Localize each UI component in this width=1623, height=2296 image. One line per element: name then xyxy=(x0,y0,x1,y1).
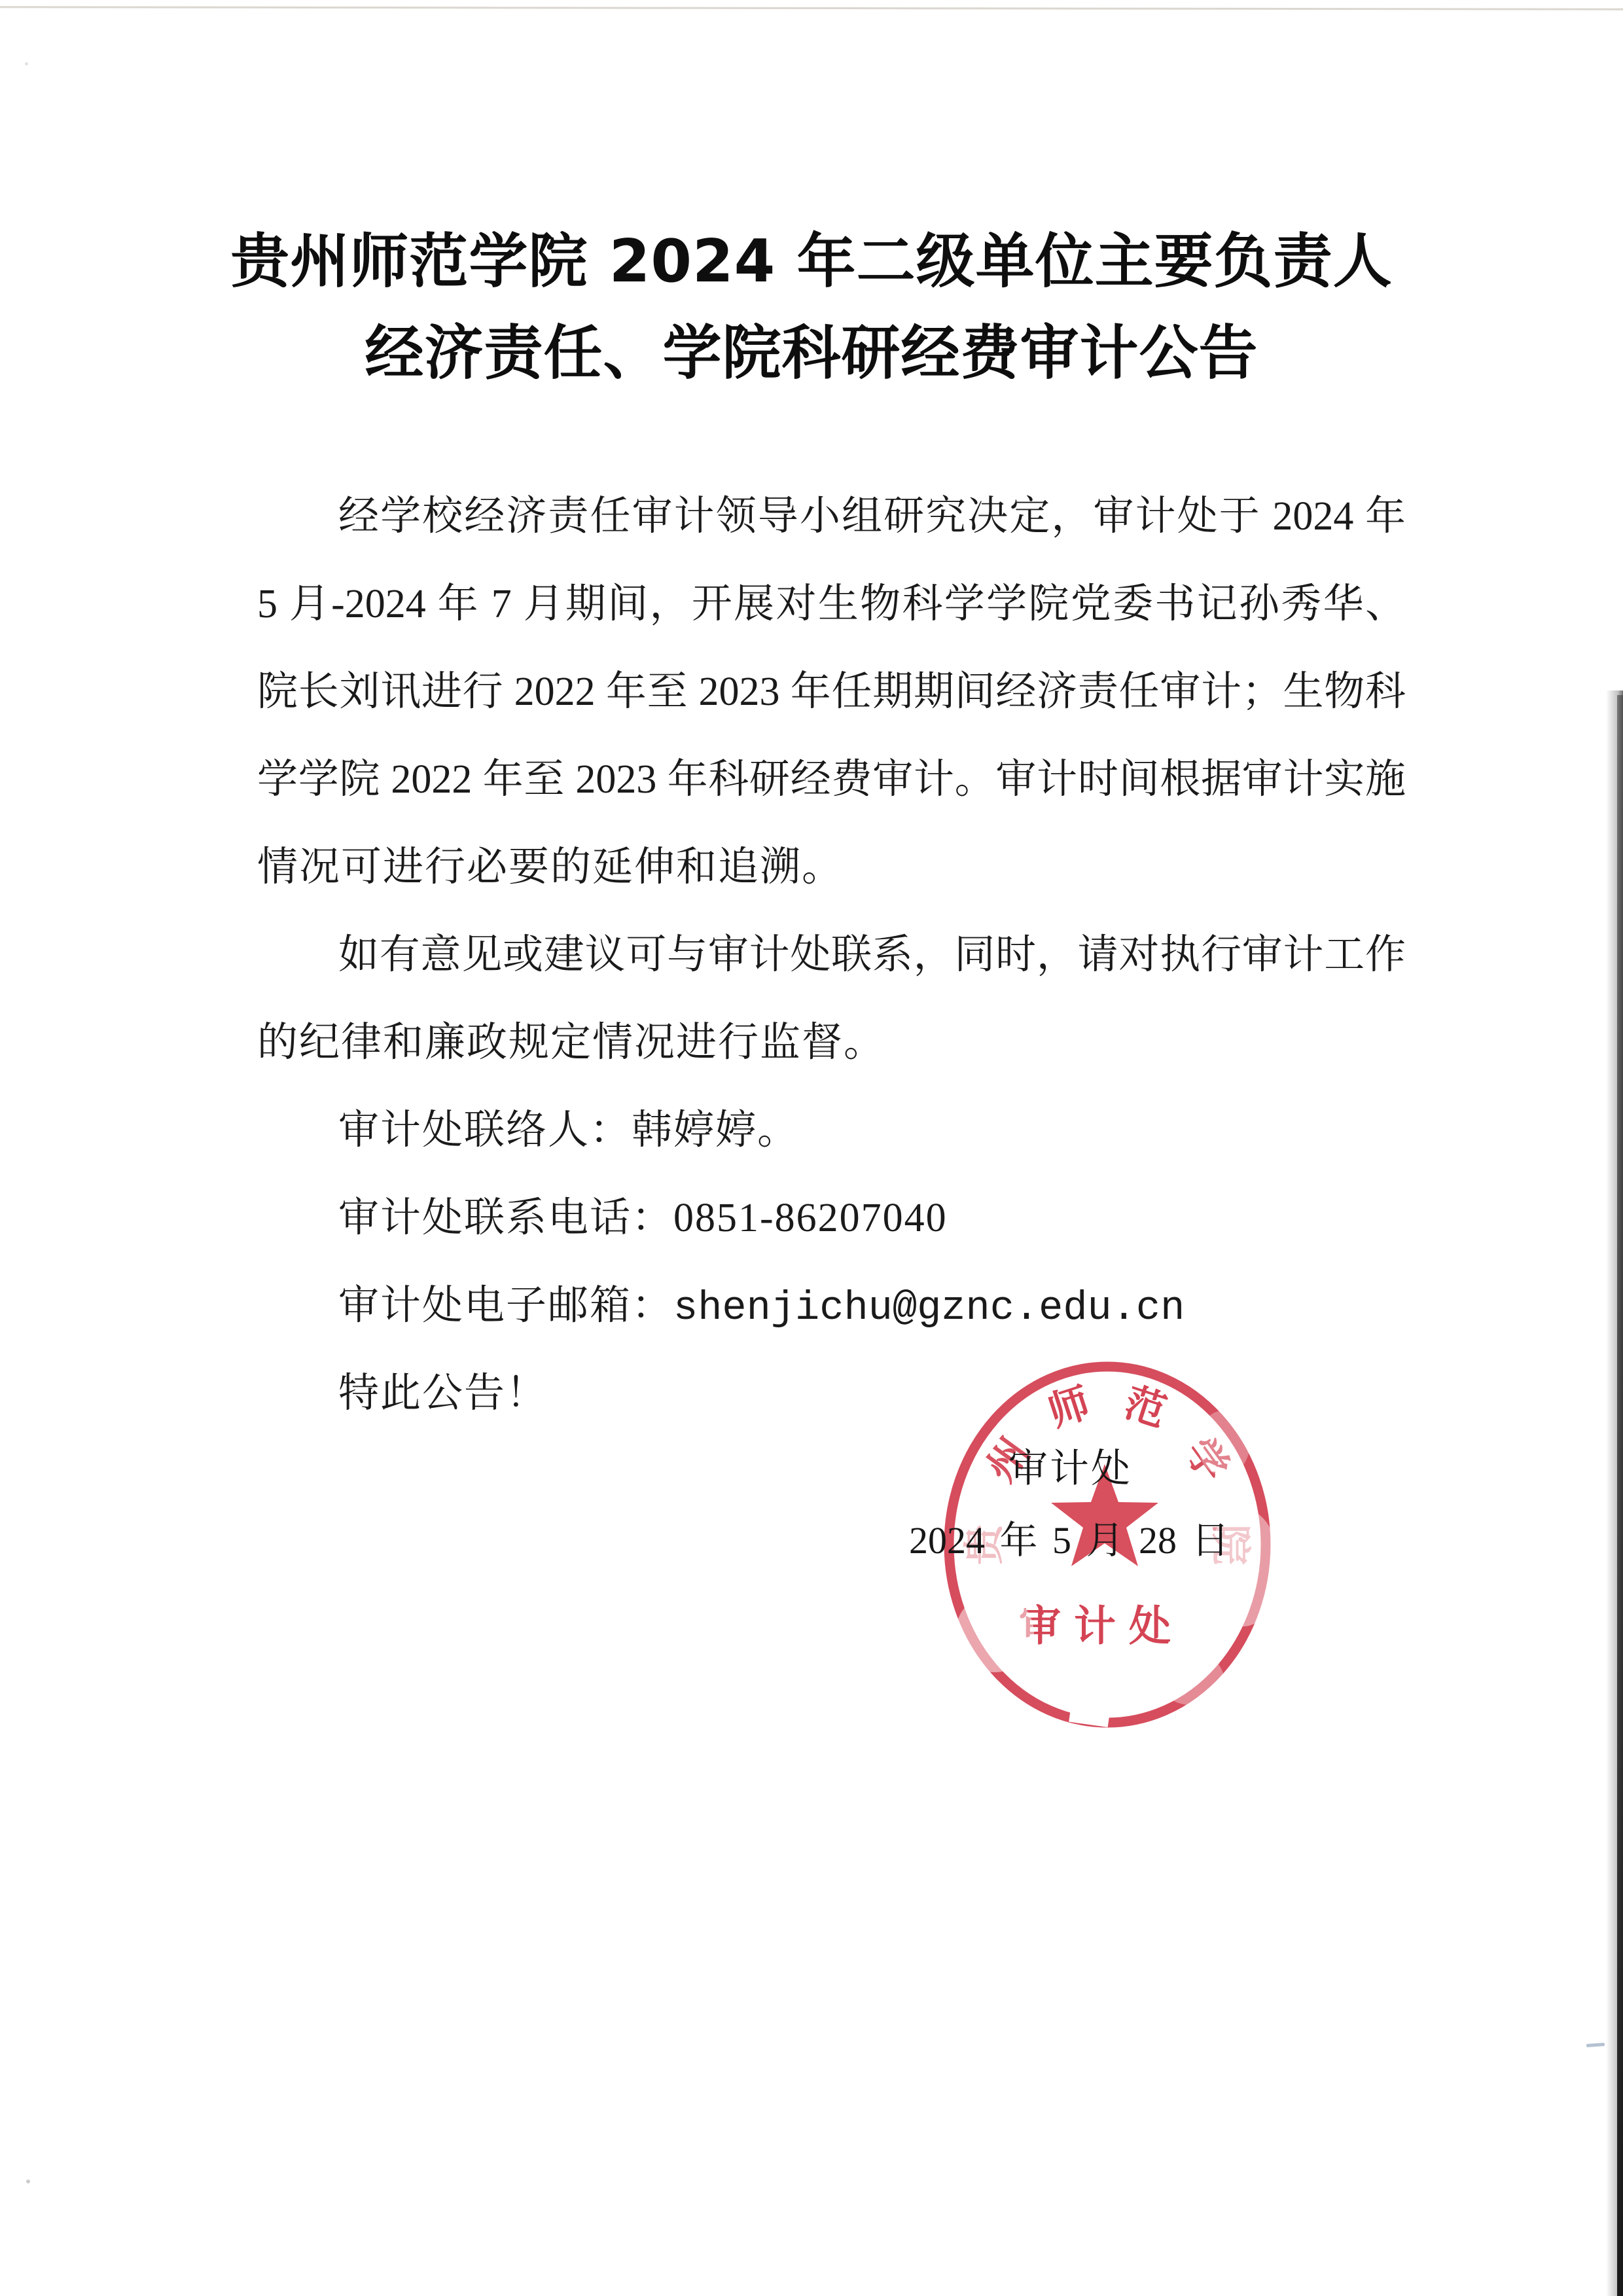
body-line: 如有意见或建议可与审计处联系，同时，请对执行审计工作 xyxy=(257,911,1406,999)
signature-date: 2024 年 5 月 28 日 xyxy=(909,1509,1230,1564)
title-line-1: 贵州师范学院 2024 年二级单位主要负责人 xyxy=(0,216,1623,308)
seal-fade-patch xyxy=(955,1594,1034,1672)
scan-artifact-speck xyxy=(26,2179,30,2183)
title-block: 贵州师范学院 2024 年二级单位主要负责人 经济责任、学院科研经费审计公告 xyxy=(0,216,1623,399)
body-line: 学学院 2022 年至 2023 年科研经费审计。审计时间根据审计实施 xyxy=(257,736,1406,823)
scan-artifact-speck xyxy=(25,62,28,65)
document-page: 贵州师范学院 2024 年二级单位主要负责人 经济责任、学院科研经费审计公告 经… xyxy=(0,0,1623,2296)
signature-department: 审计处 xyxy=(1008,1437,1132,1494)
seal-bottom-label: 审计处 xyxy=(1019,1604,1184,1650)
body-line: 的纪律和廉政规定情况进行监督。 xyxy=(257,999,1406,1086)
body-line: 情况可进行必要的延伸和追溯。 xyxy=(257,823,1406,911)
seal-fade-patch xyxy=(1158,1653,1224,1705)
contact-email-line: 审计处电子邮箱：shenjichu@gznc.edu.cn xyxy=(257,1262,1406,1350)
contact-phone-label: 审计处联系电话： xyxy=(338,1196,673,1240)
body-line: 院长刘讯进行 2022 年至 2023 年任期期间经济责任审计；生物科 xyxy=(257,648,1406,736)
scan-artifact-blue-dash xyxy=(1586,2043,1605,2047)
title-line-2: 经济责任、学院科研经费审计公告 xyxy=(0,308,1623,399)
contact-liaison-value: 韩婷婷。 xyxy=(632,1108,799,1153)
body-line: 5 月-2024 年 7 月期间，开展对生物科学学院党委书记孙秀华、 xyxy=(257,560,1406,648)
contact-phone-line: 审计处联系电话：0851-86207040 xyxy=(257,1174,1406,1262)
scan-artifact-top-line xyxy=(0,6,1623,10)
scan-artifact-right-edge xyxy=(1617,695,1623,2296)
contact-phone-value: 0851-86207040 xyxy=(673,1196,948,1240)
contact-liaison-line: 审计处联络人：韩婷婷。 xyxy=(257,1086,1406,1174)
contact-email-value: shenjichu@gznc.edu.cn xyxy=(673,1285,1185,1331)
contact-email-label: 审计处电子邮箱： xyxy=(338,1283,673,1328)
contact-liaison-label: 审计处联络人： xyxy=(338,1108,632,1153)
body-line: 经学校经济责任审计领导小组研究决定，审计处于 2024 年 xyxy=(257,473,1406,560)
closing-line: 特此公告！ xyxy=(257,1350,1406,1437)
body-text: 经学校经济责任审计领导小组研究决定，审计处于 2024 年 5 月-2024 年… xyxy=(257,473,1406,1437)
